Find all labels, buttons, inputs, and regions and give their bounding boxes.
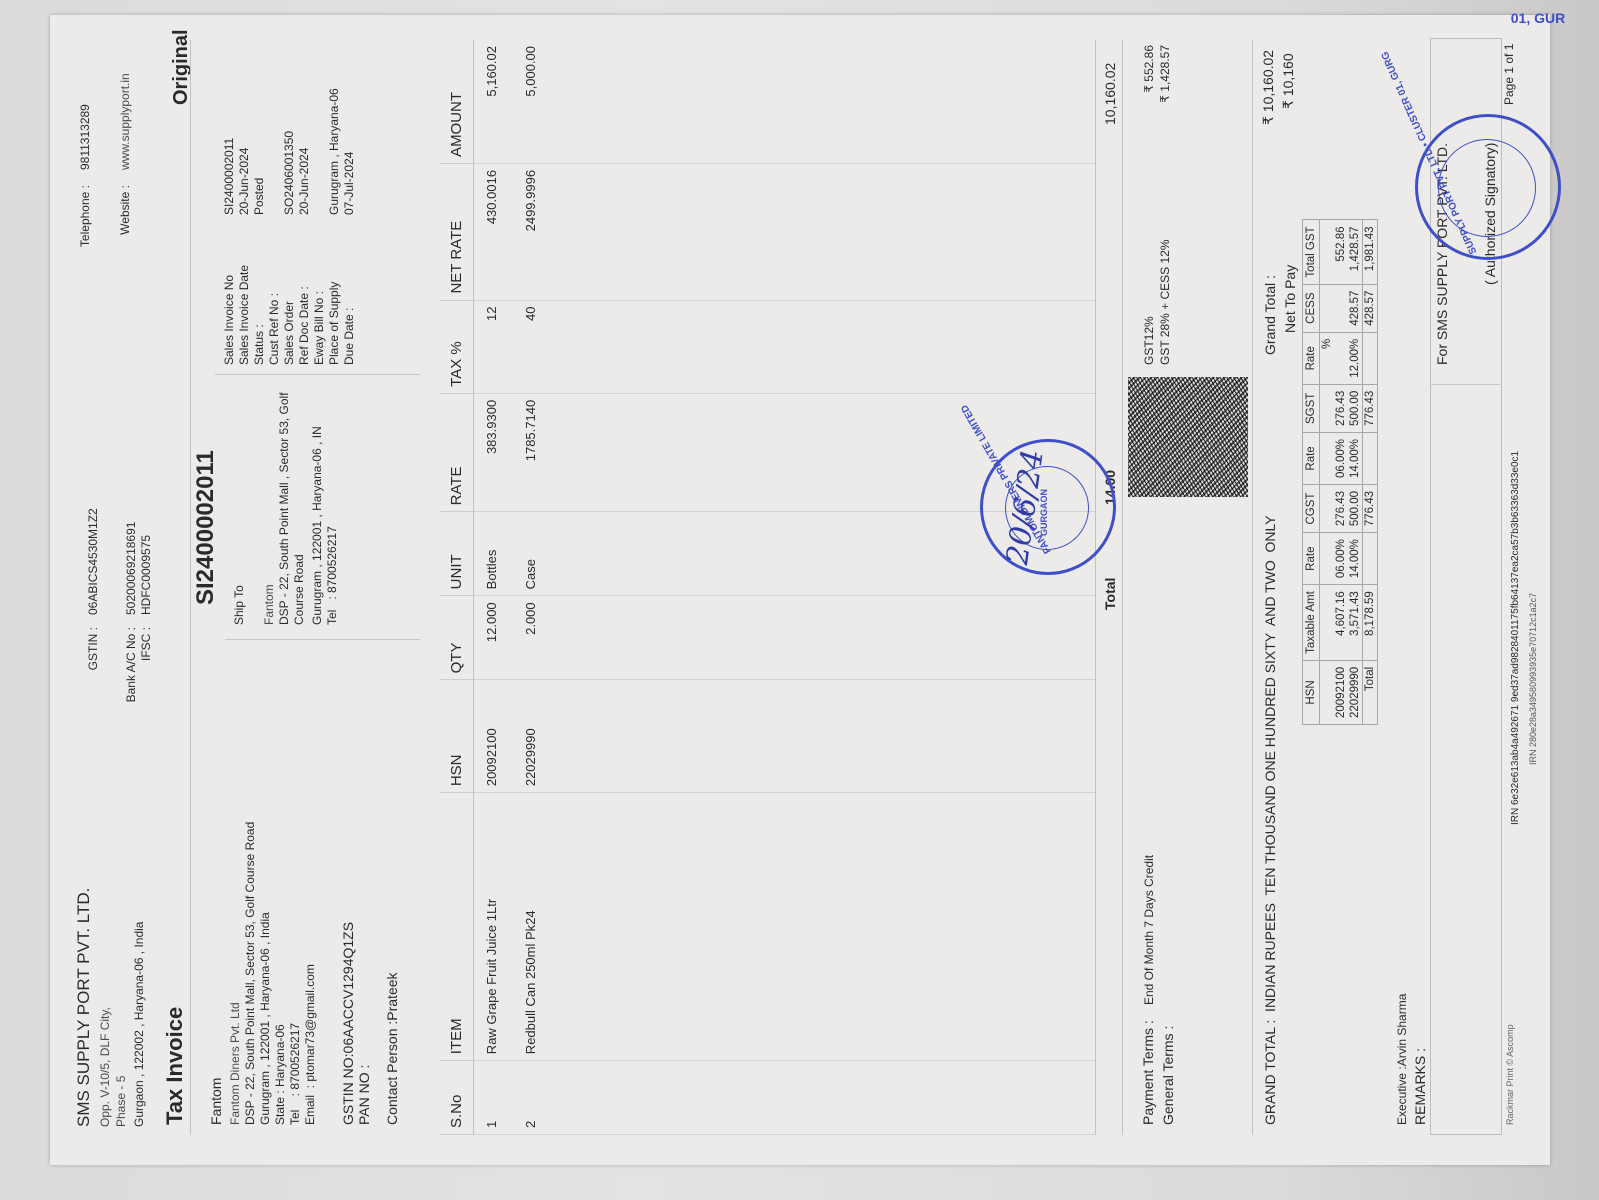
net-to-pay-value: ₹ 10,160 <box>1280 53 1297 109</box>
ship-to-label: Ship To <box>232 585 246 625</box>
tax-summary: GST12%₹ 552.86GST 28% + CESS 12%₹ 1,428.… <box>1142 45 1174 365</box>
invoice-meta-row: Eway Bill No : <box>312 35 327 365</box>
bill-to-state: State : Haryana-06 <box>273 1024 287 1125</box>
table-cell: 383.9300 <box>474 393 514 512</box>
hsn-total-cell: 428.57 <box>1363 284 1378 332</box>
table-row: 2Redbull Can 250ml Pk24220299902.000Case… <box>513 40 552 1135</box>
invoice-meta-value: 20-Jun-2024 <box>237 148 252 215</box>
hsn-cell <box>1320 484 1335 532</box>
hsn-cell: % <box>1320 332 1335 384</box>
invoice-meta-row: Ref Doc Date :20-Jun-2024 <box>297 35 312 365</box>
tax-summary-label: GST12% <box>1142 316 1158 365</box>
invoice-meta: Sales Invoice NoSI2400002011Sales Invoic… <box>222 35 357 365</box>
empty-cell <box>552 596 1096 680</box>
seller-address-line3: Gurgaon , 122002 , Haryana-06 , India <box>132 922 146 1127</box>
tax-summary-row: GST12%₹ 552.86 <box>1142 45 1158 365</box>
hsn-cell <box>1320 533 1335 585</box>
hsn-subheader-row: % <box>1320 220 1335 725</box>
hsn-column-header: Taxable Amt <box>1303 585 1320 661</box>
hsn-column-header: HSN <box>1303 660 1320 724</box>
invoice-meta-label: Sales Order <box>282 215 297 365</box>
empty-cell <box>552 680 1096 793</box>
invoice-meta-row: Cust Ref No : <box>267 35 282 365</box>
seller-website: www.supplyport.in <box>118 73 132 170</box>
table-cell: 430.0016 <box>474 163 514 300</box>
invoice-meta-row: Sales OrderSO2406001350 <box>282 35 297 365</box>
table-cell: 40 <box>513 300 552 393</box>
empty-cell <box>552 163 1096 300</box>
table-cell: 1785.7140 <box>513 393 552 512</box>
hsn-cell: 14.00% <box>1348 533 1363 585</box>
items-column-header: ITEM <box>440 793 474 1061</box>
empty-cell <box>552 1061 1096 1135</box>
invoice-meta-value: SI2400002011 <box>222 138 237 215</box>
hsn-cell: 22029990 <box>1348 660 1363 724</box>
document-title: Tax Invoice <box>162 1007 188 1125</box>
ship-to-address2: Course Road <box>292 554 306 625</box>
irn-line-1: IRN 6e32e613ab4a492671 9ed37ad9828401175… <box>1510 451 1521 825</box>
invoice-meta-label: Place of Supply <box>327 215 342 365</box>
total-amount: 10,160.02 <box>1102 63 1118 125</box>
items-table: S.NoITEMHSNQTYUNITRATETAX %NET RATEAMOUN… <box>440 40 1096 1135</box>
invoice-meta-value: 20-Jun-2024 <box>297 148 312 215</box>
tax-summary-value: ₹ 1,428.57 <box>1158 45 1174 103</box>
page-info: Page 1 of 1 <box>1502 44 1516 105</box>
invoice-meta-row: Status :Posted <box>252 35 267 365</box>
invoice-meta-value: Posted <box>252 178 267 215</box>
bank-account: 50200069218691 <box>124 522 138 615</box>
bank-label: Bank A/C No : <box>124 627 138 735</box>
hsn-cell: 3,571.43 <box>1348 585 1363 661</box>
hsn-cell: 06.00% <box>1334 533 1348 585</box>
hsn-total-cell <box>1363 432 1378 484</box>
invoice-meta-label: Ref Doc Date : <box>297 215 312 365</box>
table-cell: Case <box>513 512 552 596</box>
total-label: Total <box>1102 578 1118 610</box>
hsn-column-header: Rate <box>1303 332 1320 384</box>
gstin-label: GSTIN : <box>86 627 100 697</box>
hsn-cell: 552.86 <box>1334 220 1348 284</box>
hsn-total-cell: 776.43 <box>1363 384 1378 432</box>
hsn-row: 220299903,571.4314.00%500.0014.00%500.00… <box>1348 220 1363 725</box>
payment-terms-label: Payment Terms : <box>1140 1020 1156 1125</box>
hsn-total-cell: 8,178.59 <box>1363 585 1378 661</box>
table-cell: 5,000.00 <box>513 40 552 163</box>
hsn-cell <box>1320 384 1335 432</box>
items-column-header: S.No <box>440 1061 474 1135</box>
hsn-cell: 4,607.16 <box>1334 585 1348 661</box>
items-column-header: AMOUNT <box>440 40 474 163</box>
bill-to-name: Fantom <box>208 1078 224 1125</box>
table-cell: Raw Grape Fruit Juice 1Ltr <box>474 793 514 1061</box>
hsn-total-cell: 1,981.43 <box>1363 220 1378 284</box>
payment-terms-value: End Of Month 7 Days Credit <box>1142 855 1156 1005</box>
printed-by: Rackmar Print © Ascomp <box>1505 1024 1515 1125</box>
table-cell: 22029990 <box>513 680 552 793</box>
hsn-cell: 276.43 <box>1334 484 1348 532</box>
invoice-meta-row: Place of SupplyGurugram , Haryana-06 <box>327 35 342 365</box>
table-cell: 12 <box>474 300 514 393</box>
invoice-meta-value: Gurugram , Haryana-06 <box>327 88 342 215</box>
seller-name: SMS SUPPLY PORT PVT. LTD. <box>74 888 94 1127</box>
executive-name: Executive :Arvin Sharma <box>1395 994 1409 1125</box>
tax-summary-row: GST 28% + CESS 12%₹ 1,428.57 <box>1158 45 1174 365</box>
table-cell: Redbull Can 250ml Pk24 <box>513 793 552 1061</box>
table-cell: 2.000 <box>513 596 552 680</box>
website-label: Website : <box>118 185 132 265</box>
table-cell: Bottles <box>474 512 514 596</box>
empty-cell <box>552 300 1096 393</box>
items-column-header: NET RATE <box>440 163 474 300</box>
invoice-meta-label: Eway Bill No : <box>312 215 327 365</box>
ship-to-name: Fantom <box>262 584 276 625</box>
seller-company-stamp: SUPPLY PORT PVT. LTD • CLUSTER 01, GURG <box>1415 114 1561 260</box>
items-column-header: UNIT <box>440 512 474 596</box>
table-cell: 2 <box>513 1061 552 1135</box>
ship-to-city: Gurugram , 122001 , Haryana-06 , IN <box>310 426 324 625</box>
hsn-row: 200921004,607.1606.00%276.4306.00%276.43… <box>1334 220 1348 725</box>
invoice-meta-label: Status : <box>252 215 267 365</box>
hsn-cell <box>1320 220 1335 284</box>
hsn-total-cell <box>1363 533 1378 585</box>
bill-to-gstin: GSTIN NO:06AACCV1294Q1ZS <box>340 922 356 1125</box>
net-to-pay-label: Net To Pay <box>1282 265 1298 333</box>
table-cell: 12.000 <box>474 596 514 680</box>
invoice-meta-label: Due Date : <box>342 215 357 365</box>
table-filler-row <box>552 40 1096 1135</box>
invoice-meta-row: Sales Invoice NoSI2400002011 <box>222 35 237 365</box>
invoice-meta-label: Sales Invoice No <box>222 215 237 365</box>
empty-cell <box>552 40 1096 163</box>
hsn-column-header: SGST <box>1303 384 1320 432</box>
bill-to-pan: PAN NO : <box>356 1065 372 1125</box>
hsn-cell <box>1320 432 1335 484</box>
hsn-tax-table: HSNTaxable AmtRateCGSTRateSGSTRateCESSTo… <box>1302 219 1378 725</box>
ship-to-tel: Tel : 8700526217 <box>325 526 339 625</box>
bill-to-company: Fantom Diners Pvt. Ltd <box>228 1002 242 1125</box>
hsn-column-header: Total GST <box>1303 220 1320 284</box>
table-cell: 5,160.02 <box>474 40 514 163</box>
hsn-cell: 12.00% <box>1348 332 1363 384</box>
hsn-total-cell: 776.43 <box>1363 484 1378 532</box>
invoice-page: SMS SUPPLY PORT PVT. LTD. Opp. V-10/5, D… <box>50 15 1550 1165</box>
hsn-cell: 500.00 <box>1348 484 1363 532</box>
hsn-column-header: CGST <box>1303 484 1320 532</box>
general-terms-label: General Terms : <box>1160 1026 1176 1125</box>
ifsc-label: IFSC : <box>139 627 153 697</box>
bill-to-address: DSP - 22, South Point Mall, Sector 53, G… <box>243 822 257 1125</box>
hsn-total-row: Total8,178.59776.43776.43428.571,981.43 <box>1363 220 1378 725</box>
grand-total-label: Grand Total : <box>1262 275 1278 355</box>
table-cell: 1 <box>474 1061 514 1135</box>
hsn-cell <box>1334 332 1348 384</box>
table-cell: 20092100 <box>474 680 514 793</box>
items-column-header: QTY <box>440 596 474 680</box>
hsn-cell <box>1320 660 1335 724</box>
bill-to-email: Email : ptomar73@gmail.com <box>303 964 317 1125</box>
seller-stamp-edge-text: 01, GUR <box>1511 10 1565 26</box>
ifsc-code: HDFC0009575 <box>139 535 153 615</box>
invoice-meta-label: Sales Invoice Date <box>237 215 252 365</box>
hsn-total-cell: Total <box>1363 660 1378 724</box>
hsn-column-header: CESS <box>1303 284 1320 332</box>
telephone-label: Telephone : <box>78 185 92 265</box>
hsn-column-header: Rate <box>1303 533 1320 585</box>
hsn-cell <box>1320 585 1335 661</box>
invoice-meta-value: SO2406001350 <box>282 131 297 215</box>
seller-address-line1: Opp. V-10/5, DLF City, <box>98 1007 112 1127</box>
hsn-cell: 1,428.57 <box>1348 220 1363 284</box>
seller-gstin: 06ABICS4530M1Z2 <box>86 508 100 615</box>
e-invoice-qr-code <box>1128 377 1248 497</box>
invoice-meta-row: Due Date :07-Jul-2024 <box>342 35 357 365</box>
seller-address-line2: Phase - 5 <box>114 1076 128 1127</box>
hsn-cell: 14.00% <box>1348 432 1363 484</box>
hsn-cell <box>1320 284 1335 332</box>
hsn-cell: 276.43 <box>1334 384 1348 432</box>
ship-to-address1: DSP - 22, South Point Mall , Sector 53, … <box>277 392 291 625</box>
bill-to-tel: Tel : 8700526217 <box>288 1023 302 1125</box>
hsn-cell: 428.57 <box>1348 284 1363 332</box>
hsn-cell: 06.00% <box>1334 432 1348 484</box>
hsn-column-header: Rate <box>1303 432 1320 484</box>
hsn-cell <box>1334 284 1348 332</box>
invoice-meta-value: 07-Jul-2024 <box>342 152 357 215</box>
invoice-meta-label: Cust Ref No : <box>267 215 282 365</box>
remarks-label: REMARKS : <box>1412 1048 1428 1125</box>
items-column-header: RATE <box>440 393 474 512</box>
tax-summary-label: GST 28% + CESS 12% <box>1158 239 1174 365</box>
hsn-cell: 20092100 <box>1334 660 1348 724</box>
grand-total-value: ₹ 10,160.02 <box>1260 50 1277 125</box>
hsn-total-cell <box>1363 332 1378 384</box>
empty-cell <box>552 793 1096 1061</box>
invoice-meta-row: Sales Invoice Date20-Jun-2024 <box>237 35 252 365</box>
hsn-cell: 500.00 <box>1348 384 1363 432</box>
items-header-row: S.NoITEMHSNQTYUNITRATETAX %NET RATEAMOUN… <box>440 40 474 1135</box>
table-row: 1Raw Grape Fruit Juice 1Ltr2009210012.00… <box>474 40 514 1135</box>
seller-telephone: 9811313289 <box>78 104 92 170</box>
items-column-header: TAX % <box>440 300 474 393</box>
tax-summary-value: ₹ 552.86 <box>1142 45 1158 93</box>
contact-person: Contact Person :Prateek <box>384 972 400 1125</box>
irn-line-2: IRN 280e28a349580993935e70712c1a2c7 <box>1528 593 1538 765</box>
invoice-number-large: SI2400002011 <box>192 450 220 605</box>
bill-to-city: Gurugram , 122001 , Haryana-06 , India <box>258 912 272 1125</box>
grand-total-words: GRAND TOTAL : INDIAN RUPEES TEN THOUSAND… <box>1262 515 1278 1125</box>
table-cell: 2499.9996 <box>513 163 552 300</box>
items-column-header: HSN <box>440 680 474 793</box>
